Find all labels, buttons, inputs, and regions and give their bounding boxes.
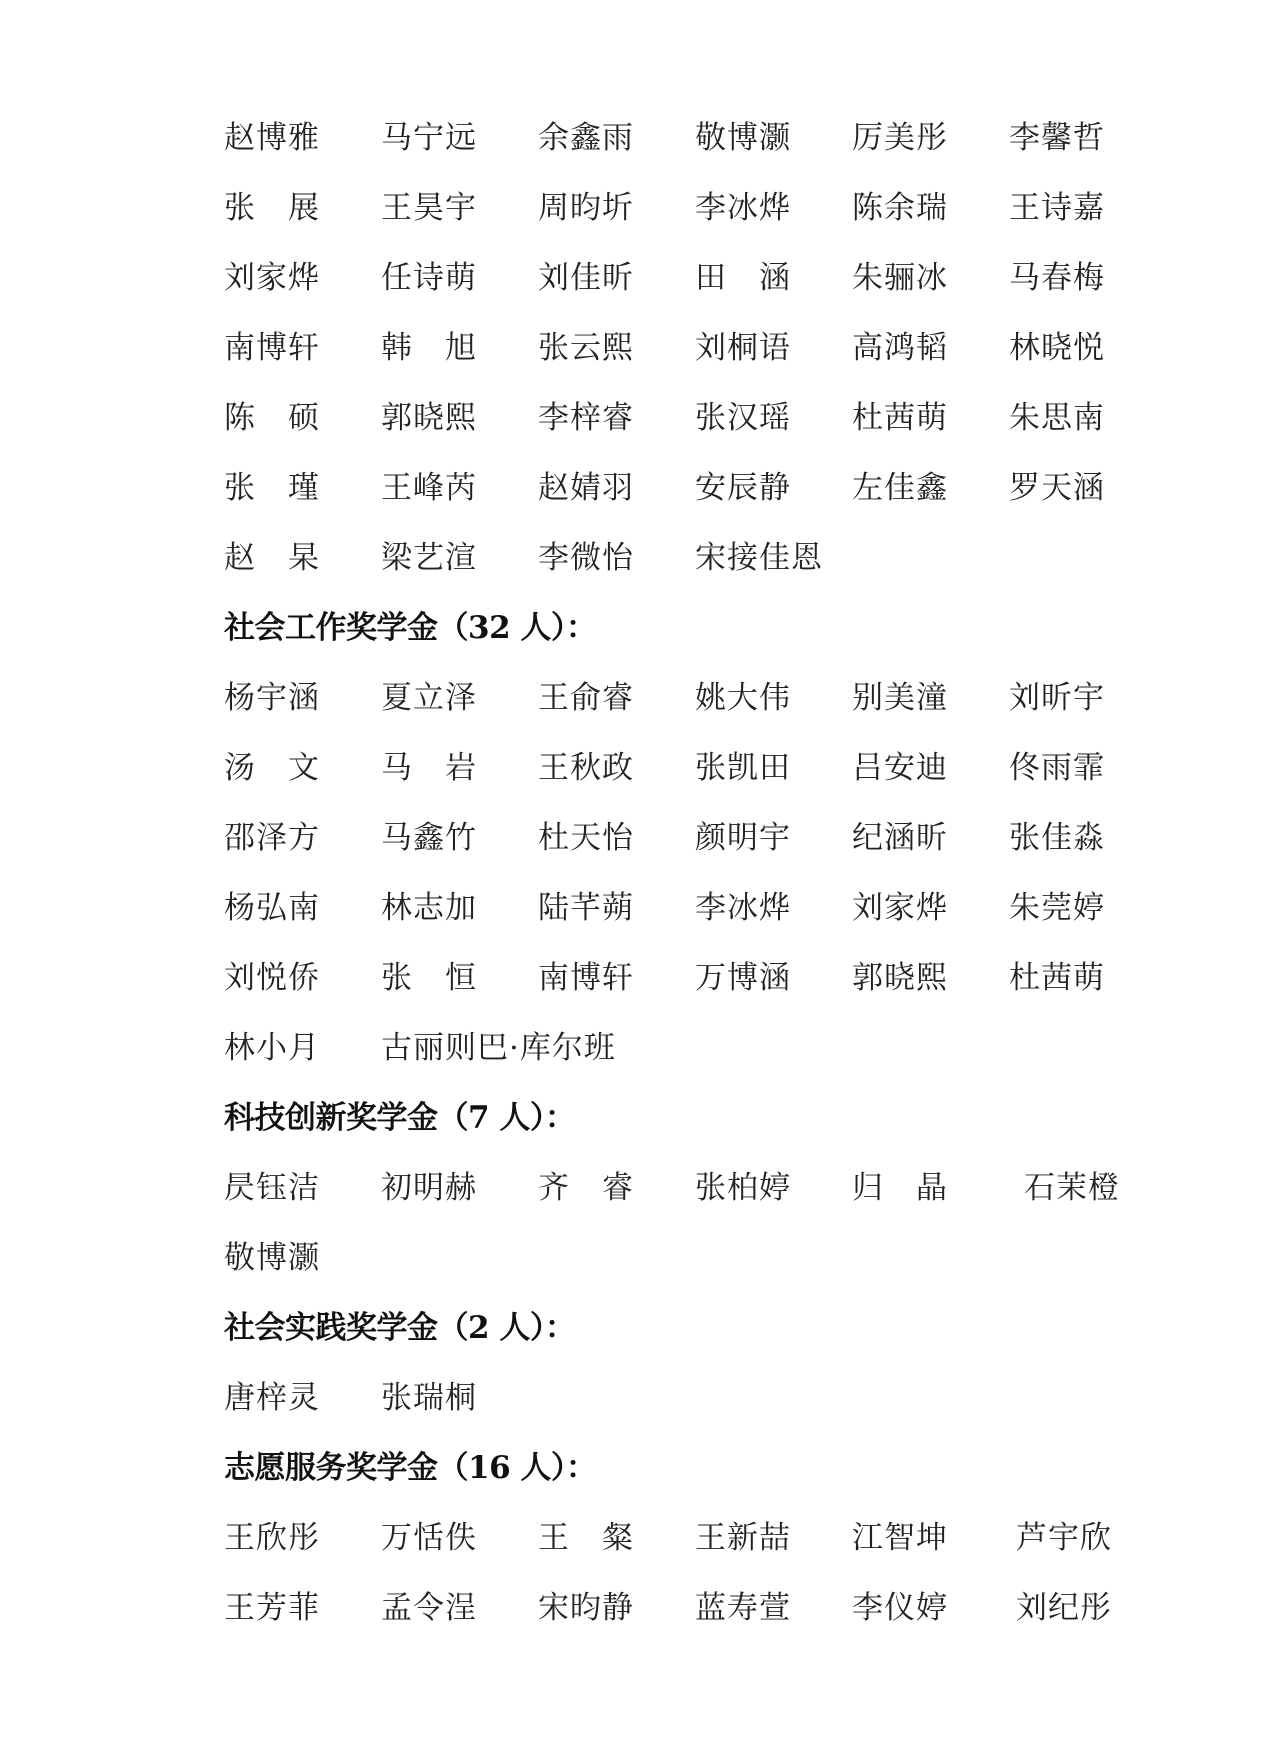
- student-name: 杨弘南: [224, 888, 320, 928]
- student-name: 陆芊蒴: [538, 888, 634, 928]
- student-name: 刘悦侨: [224, 958, 320, 998]
- section-heading-social-practice: 社会实践奖学金（2 人）：: [224, 1308, 575, 1348]
- student-name: 姚大伟: [695, 678, 791, 718]
- student-name: 陈 硕: [224, 398, 320, 438]
- student-name: 芦宇欣: [1016, 1518, 1112, 1558]
- student-name: 刘纪彤: [1016, 1588, 1112, 1628]
- student-name: 任诗萌: [381, 258, 477, 298]
- student-name: 李仪婷: [852, 1588, 948, 1628]
- student-name: 罗天涵: [1009, 468, 1105, 508]
- student-name: 佟雨霏: [1009, 748, 1105, 788]
- student-name: 朱骊冰: [852, 258, 948, 298]
- student-name: 陈余瑞: [852, 188, 948, 228]
- student-name: 王芳菲: [224, 1588, 320, 1628]
- student-name: 李馨哲: [1009, 118, 1105, 158]
- student-name: 张柏婷: [695, 1168, 791, 1208]
- student-name: 颜明宇: [695, 818, 791, 858]
- student-name: 唐梓灵: [224, 1378, 320, 1418]
- student-name: 刘昕宇: [1009, 678, 1105, 718]
- student-name: 李微怡: [538, 538, 634, 578]
- student-name: 张瑞桐: [381, 1378, 477, 1418]
- student-name: 张 恒: [381, 958, 477, 998]
- student-name: 马鑫竹: [381, 818, 477, 858]
- student-name: 赵博雅: [224, 118, 320, 158]
- student-name: 刘佳昕: [538, 258, 634, 298]
- student-name: 初明赫: [381, 1168, 477, 1208]
- student-name: 石茉橙: [1024, 1168, 1120, 1208]
- student-name: 韩 旭: [381, 328, 477, 368]
- student-name: 赵 杲: [224, 538, 320, 578]
- student-name: 南博轩: [538, 958, 634, 998]
- student-name: 高鸿韬: [852, 328, 948, 368]
- student-name: 杜茜萌: [1009, 958, 1105, 998]
- student-name: 田 涵: [695, 258, 791, 298]
- section-heading-social-work: 社会工作奖学金（32 人）：: [224, 608, 596, 648]
- student-name: 万博涵: [695, 958, 791, 998]
- student-name: 杜天怡: [538, 818, 634, 858]
- student-name: 郭晓熙: [852, 958, 948, 998]
- student-name: 李冰烨: [695, 888, 791, 928]
- student-name: 宋接佳恩: [695, 538, 823, 578]
- student-name: 林晓悦: [1009, 328, 1105, 368]
- student-name: 别美潼: [852, 678, 948, 718]
- student-name: 昃钰洁: [224, 1168, 320, 1208]
- student-name: 王秋政: [538, 748, 634, 788]
- student-name: 梁艺渲: [381, 538, 477, 578]
- student-name: 马春梅: [1009, 258, 1105, 298]
- student-name: 朱莞婷: [1009, 888, 1105, 928]
- student-name: 江智坤: [852, 1518, 948, 1558]
- student-name: 王俞睿: [538, 678, 634, 718]
- student-name: 夏立泽: [381, 678, 477, 718]
- student-name: 赵婧羽: [538, 468, 634, 508]
- student-name: 张云熙: [538, 328, 634, 368]
- student-name: 李冰烨: [695, 188, 791, 228]
- student-name: 左佳鑫: [852, 468, 948, 508]
- student-name: 邵泽方: [224, 818, 320, 858]
- student-name: 王新喆: [695, 1518, 791, 1558]
- student-name: 齐 睿: [538, 1168, 634, 1208]
- student-name: 张汉瑶: [695, 398, 791, 438]
- student-name: 刘家烨: [224, 258, 320, 298]
- student-name: 汤 文: [224, 748, 320, 788]
- student-name: 宋昀静: [538, 1588, 634, 1628]
- student-name: 张佳淼: [1009, 818, 1105, 858]
- student-name: 敬博灏: [224, 1238, 320, 1278]
- student-name: 敬博灏: [695, 118, 791, 158]
- student-name: 纪涵昕: [852, 818, 948, 858]
- student-name: 马 岩: [381, 748, 477, 788]
- student-name: 余鑫雨: [538, 118, 634, 158]
- student-name: 吕安迪: [852, 748, 948, 788]
- student-name: 刘桐语: [695, 328, 791, 368]
- student-name: 杜茜萌: [852, 398, 948, 438]
- student-name: 王 粲: [538, 1518, 634, 1558]
- student-name: 林志加: [381, 888, 477, 928]
- student-name: 万恬佚: [381, 1518, 477, 1558]
- section-heading-volunteer-service: 志愿服务奖学金（16 人）：: [224, 1448, 596, 1488]
- student-name: 孟令浧: [381, 1588, 477, 1628]
- student-name: 归 晶: [852, 1168, 948, 1208]
- student-name: 张凯田: [695, 748, 791, 788]
- student-name: 林小月: [224, 1028, 320, 1068]
- student-name: 安辰静: [695, 468, 791, 508]
- student-name: 王昊宇: [381, 188, 477, 228]
- student-name: 王欣彤: [224, 1518, 320, 1558]
- student-name: 李梓睿: [538, 398, 634, 438]
- student-name: 王诗嘉: [1009, 188, 1105, 228]
- student-name: 朱思南: [1009, 398, 1105, 438]
- section-heading-tech-innovation: 科技创新奖学金（7 人）：: [224, 1098, 575, 1138]
- student-name: 马宁远: [381, 118, 477, 158]
- student-name: 蓝寿萱: [695, 1588, 791, 1628]
- student-name: 王峰芮: [381, 468, 477, 508]
- student-name: 周昀圻: [538, 188, 634, 228]
- student-name: 厉美彤: [852, 118, 948, 158]
- student-name: 郭晓熙: [381, 398, 477, 438]
- student-name: 古丽则巴·库尔班: [381, 1028, 616, 1068]
- student-name: 刘家烨: [852, 888, 948, 928]
- student-name: 张 展: [224, 188, 320, 228]
- student-name: 张 瑾: [224, 468, 320, 508]
- student-name: 南博轩: [224, 328, 320, 368]
- student-name: 杨宇涵: [224, 678, 320, 718]
